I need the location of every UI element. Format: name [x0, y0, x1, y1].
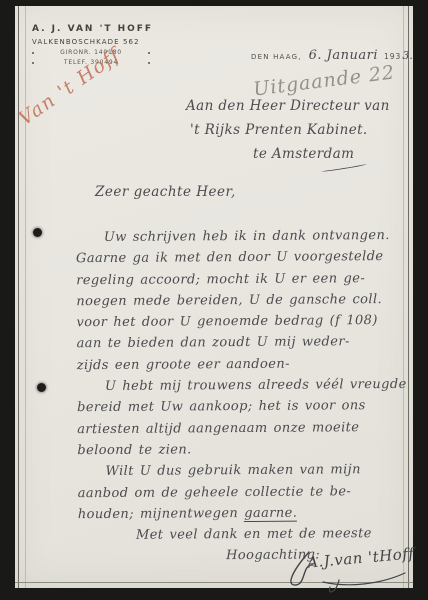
paper-edge-line — [18, 6, 19, 588]
body-line: bereid met Uw aankoop; het is voor ons — [77, 395, 417, 419]
punch-hole — [37, 383, 46, 392]
separator-dot-icon — [148, 52, 150, 54]
salutation: Zeer geachte Heer, — [95, 184, 236, 200]
body-line14-prefix: houden; mijnentwegen — [78, 506, 244, 522]
scanned-letter-page: { "colors": { "background": "#191917", "… — [0, 0, 428, 600]
body-line14-underlined-word: gaarne. — [244, 506, 297, 522]
body-line: Uw schrijven heb ik in dank ontvangen. — [76, 225, 416, 249]
dateline-day-month-handwritten: 6. Januari — [309, 48, 378, 63]
recipient-line1: Aan den Heer Directeur van — [186, 98, 390, 114]
letterhead-giro-row: GIRONR. 140180 — [32, 49, 150, 56]
letterhead-street: VALKENBOSCHKADE 562 — [32, 38, 153, 46]
recipient-line2: 't Rijks Prenten Kabinet. — [190, 122, 368, 138]
letter-paper: A. J. VAN 'T HOFF VALKENBOSCHKADE 562 GI… — [15, 6, 413, 588]
body-line: regeling accoord; mocht ik U er een ge- — [76, 267, 416, 291]
separator-dot-icon — [148, 62, 150, 64]
body-line: voor het door U genoemde bedrag (f 108) — [76, 310, 416, 334]
dateline-year-printed: 193 — [384, 52, 401, 61]
dateline-place: DEN HAAG, — [251, 53, 302, 61]
punch-hole — [33, 228, 42, 237]
recipient-line3: te Amsterdam — [253, 146, 354, 162]
dateline-year-handwritten: 3. — [402, 49, 413, 62]
dateline: DEN HAAG, 6. Januari 193 3. — [251, 48, 413, 63]
body-line: aan te bieden dan zoudt U mij weder- — [77, 331, 417, 355]
separator-dot-icon — [32, 52, 34, 54]
body-line: U hebt mij trouwens alreeds véél vreugde — [77, 374, 417, 398]
signature-block: A.J.van 'tHoff — [283, 540, 413, 598]
body-line: artiesten altijd aangenaam onze moeite — [77, 416, 417, 440]
paper-edge-line — [25, 6, 26, 588]
registry-pencil-note: Uitgaande 22 — [252, 61, 396, 100]
underline-flourish — [321, 162, 367, 172]
body-line: Wilt U dus gebruik maken van mijn — [77, 459, 417, 483]
body-line: Gaarne ga ik met den door U voorgestelde — [76, 246, 416, 270]
letterhead-name: A. J. VAN 'T HOFF — [32, 24, 153, 34]
body-line: beloond te zien. — [77, 438, 417, 462]
body-line: zijds een groote eer aandoen- — [77, 353, 417, 377]
body-line: houden; mijnentwegen gaarne. — [78, 502, 418, 526]
letter-body: Uw schrijven heb ik in dank ontvangen. G… — [76, 225, 418, 568]
body-line: noegen mede bereiden, U de gansche coll. — [76, 289, 416, 313]
separator-dot-icon — [32, 62, 34, 64]
body-line: aanbod om de geheele collectie te be- — [78, 480, 418, 504]
